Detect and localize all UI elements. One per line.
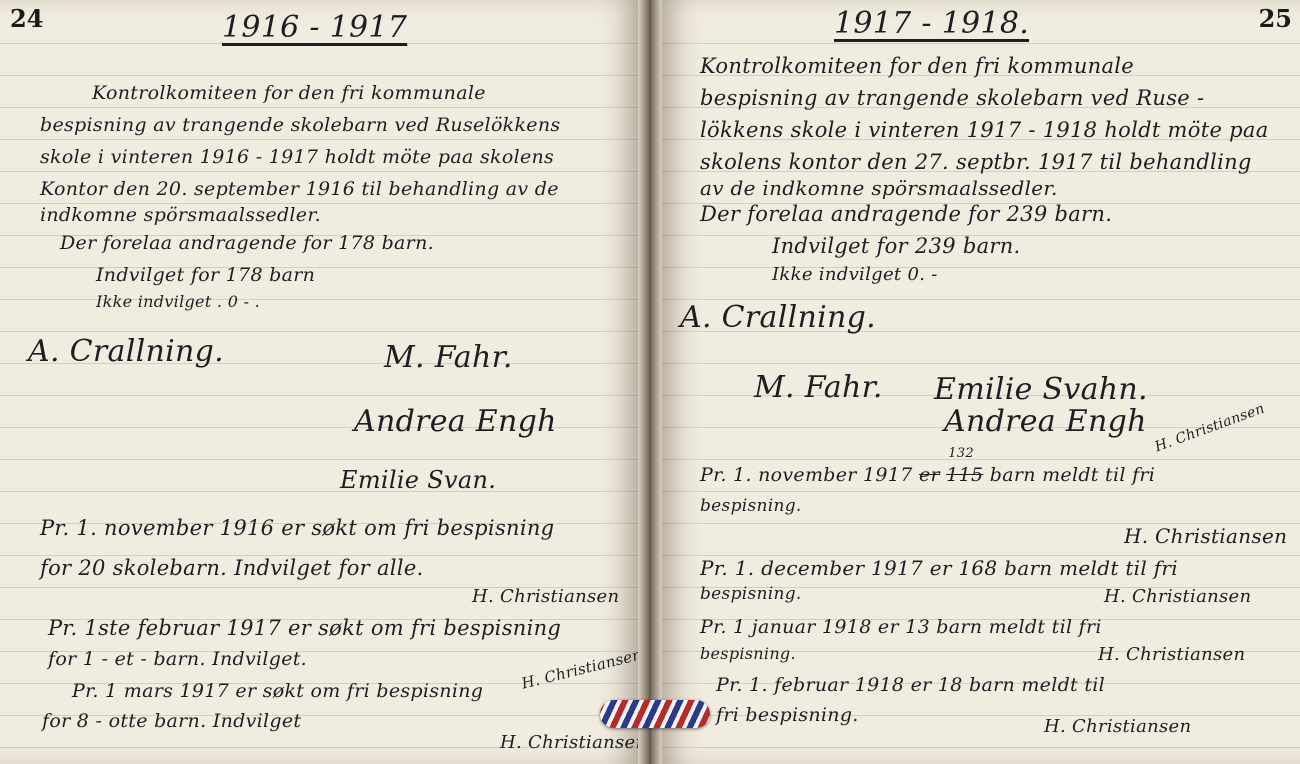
paragraph-line: Kontor den 20. september 1916 til behand…	[40, 178, 559, 200]
signature: M. Fahr.	[754, 370, 883, 405]
correction-number: 132	[948, 446, 974, 461]
entry-line: fri bespisning.	[716, 704, 859, 726]
book-gutter	[638, 0, 662, 764]
paragraph-line: Kontrolkomiteen for den fri kommunale	[700, 54, 1134, 78]
entry-line: Pr. 1. februar 1918 er 18 barn meldt til	[716, 674, 1105, 696]
entry-line: bespisning.	[700, 584, 802, 604]
paragraph-line: indkomne spörsmaalssedler.	[40, 204, 321, 226]
entry-date: Pr. 1. november 1917	[700, 464, 913, 486]
page-title: 1917 - 1918.	[834, 6, 1029, 41]
struck-word: er	[919, 464, 940, 486]
entry-line: for 8 - otte barn. Indvilget	[42, 710, 301, 732]
entry-text: barn meldt til fri	[990, 464, 1155, 486]
signature: H. Christiansen	[1124, 524, 1287, 548]
page-title: 1916 - 1917	[222, 10, 407, 45]
bookmark-ribbon	[600, 700, 710, 728]
entry-line: bespisning.	[700, 644, 796, 663]
paragraph-line: skolens kontor den 27. septbr. 1917 til …	[700, 150, 1252, 174]
entry-line: Pr. 1. november 1917 er 132 115 barn mel…	[700, 464, 1155, 486]
paragraph-line: lökkens skole i vinteren 1917 - 1918 hol…	[700, 118, 1269, 142]
applications-count: Der forelaa andragende for 178 barn.	[60, 232, 434, 254]
entry-line: Pr. 1 mars 1917 er søkt om fri bespisnin…	[72, 680, 483, 702]
granted-count: Indvilget for 178 barn	[96, 264, 315, 286]
signature: H. Christiansen	[472, 586, 619, 607]
signature: H. Christiansen	[1104, 586, 1251, 607]
signature: H. Christiansen	[1153, 401, 1267, 456]
not-granted-count: Ikke indvilget 0. -	[772, 264, 938, 285]
granted-count: Indvilget for 239 barn.	[772, 234, 1021, 258]
ledger-spread: 24 1916 - 1917 Kontrolkomiteen for den f…	[0, 0, 1300, 764]
entry-line: Pr. 1 januar 1918 er 13 barn meldt til f…	[700, 616, 1102, 638]
entry-line: Pr. 1ste februar 1917 er søkt om fri bes…	[48, 616, 561, 640]
signature: A. Crallning.	[28, 334, 224, 369]
signature: H. Christiansen	[520, 645, 644, 692]
struck-number: 115	[946, 464, 983, 486]
signature: Andrea Engh	[944, 404, 1147, 439]
paragraph-line: bespisning av trangende skolebarn ved Ru…	[40, 114, 560, 136]
left-page: 24 1916 - 1917 Kontrolkomiteen for den f…	[0, 0, 646, 764]
entry-line: for 20 skolebarn. Indvilget for alle.	[40, 556, 424, 580]
paragraph-line: skole i vinteren 1916 - 1917 holdt möte …	[40, 146, 554, 168]
signature: H. Christiansen	[1098, 644, 1245, 665]
signature: Emilie Svan.	[340, 466, 496, 494]
paragraph-line: Kontrolkomiteen for den fri kommunale	[92, 82, 486, 104]
not-granted-count: Ikke indvilget . 0 - .	[96, 292, 260, 311]
applications-count: Der forelaa andragende for 239 barn.	[700, 202, 1112, 226]
signature: A. Crallning.	[680, 300, 876, 335]
paragraph-line: bespisning av trangende skolebarn ved Ru…	[700, 86, 1204, 110]
entry-line: Pr. 1. december 1917 er 168 barn meldt t…	[700, 556, 1178, 580]
signature: H. Christiansen	[500, 732, 646, 753]
right-page: 25 1917 - 1918. Kontrolkomiteen for den …	[654, 0, 1300, 764]
signature: H. Christiansen	[1044, 716, 1191, 737]
entry-line: bespisning.	[700, 496, 802, 516]
page-number: 24	[10, 4, 43, 33]
paragraph-line: av de indkomne spörsmaalssedler.	[700, 176, 1058, 200]
signature: Emilie Svahn.	[934, 372, 1148, 407]
signature: M. Fahr.	[384, 340, 513, 375]
entry-line: for 1 - et - barn. Indvilget.	[48, 648, 307, 670]
page-number: 25	[1259, 4, 1292, 33]
entry-line: Pr. 1. november 1916 er søkt om fri besp…	[40, 516, 554, 540]
signature: Andrea Engh	[354, 404, 557, 439]
